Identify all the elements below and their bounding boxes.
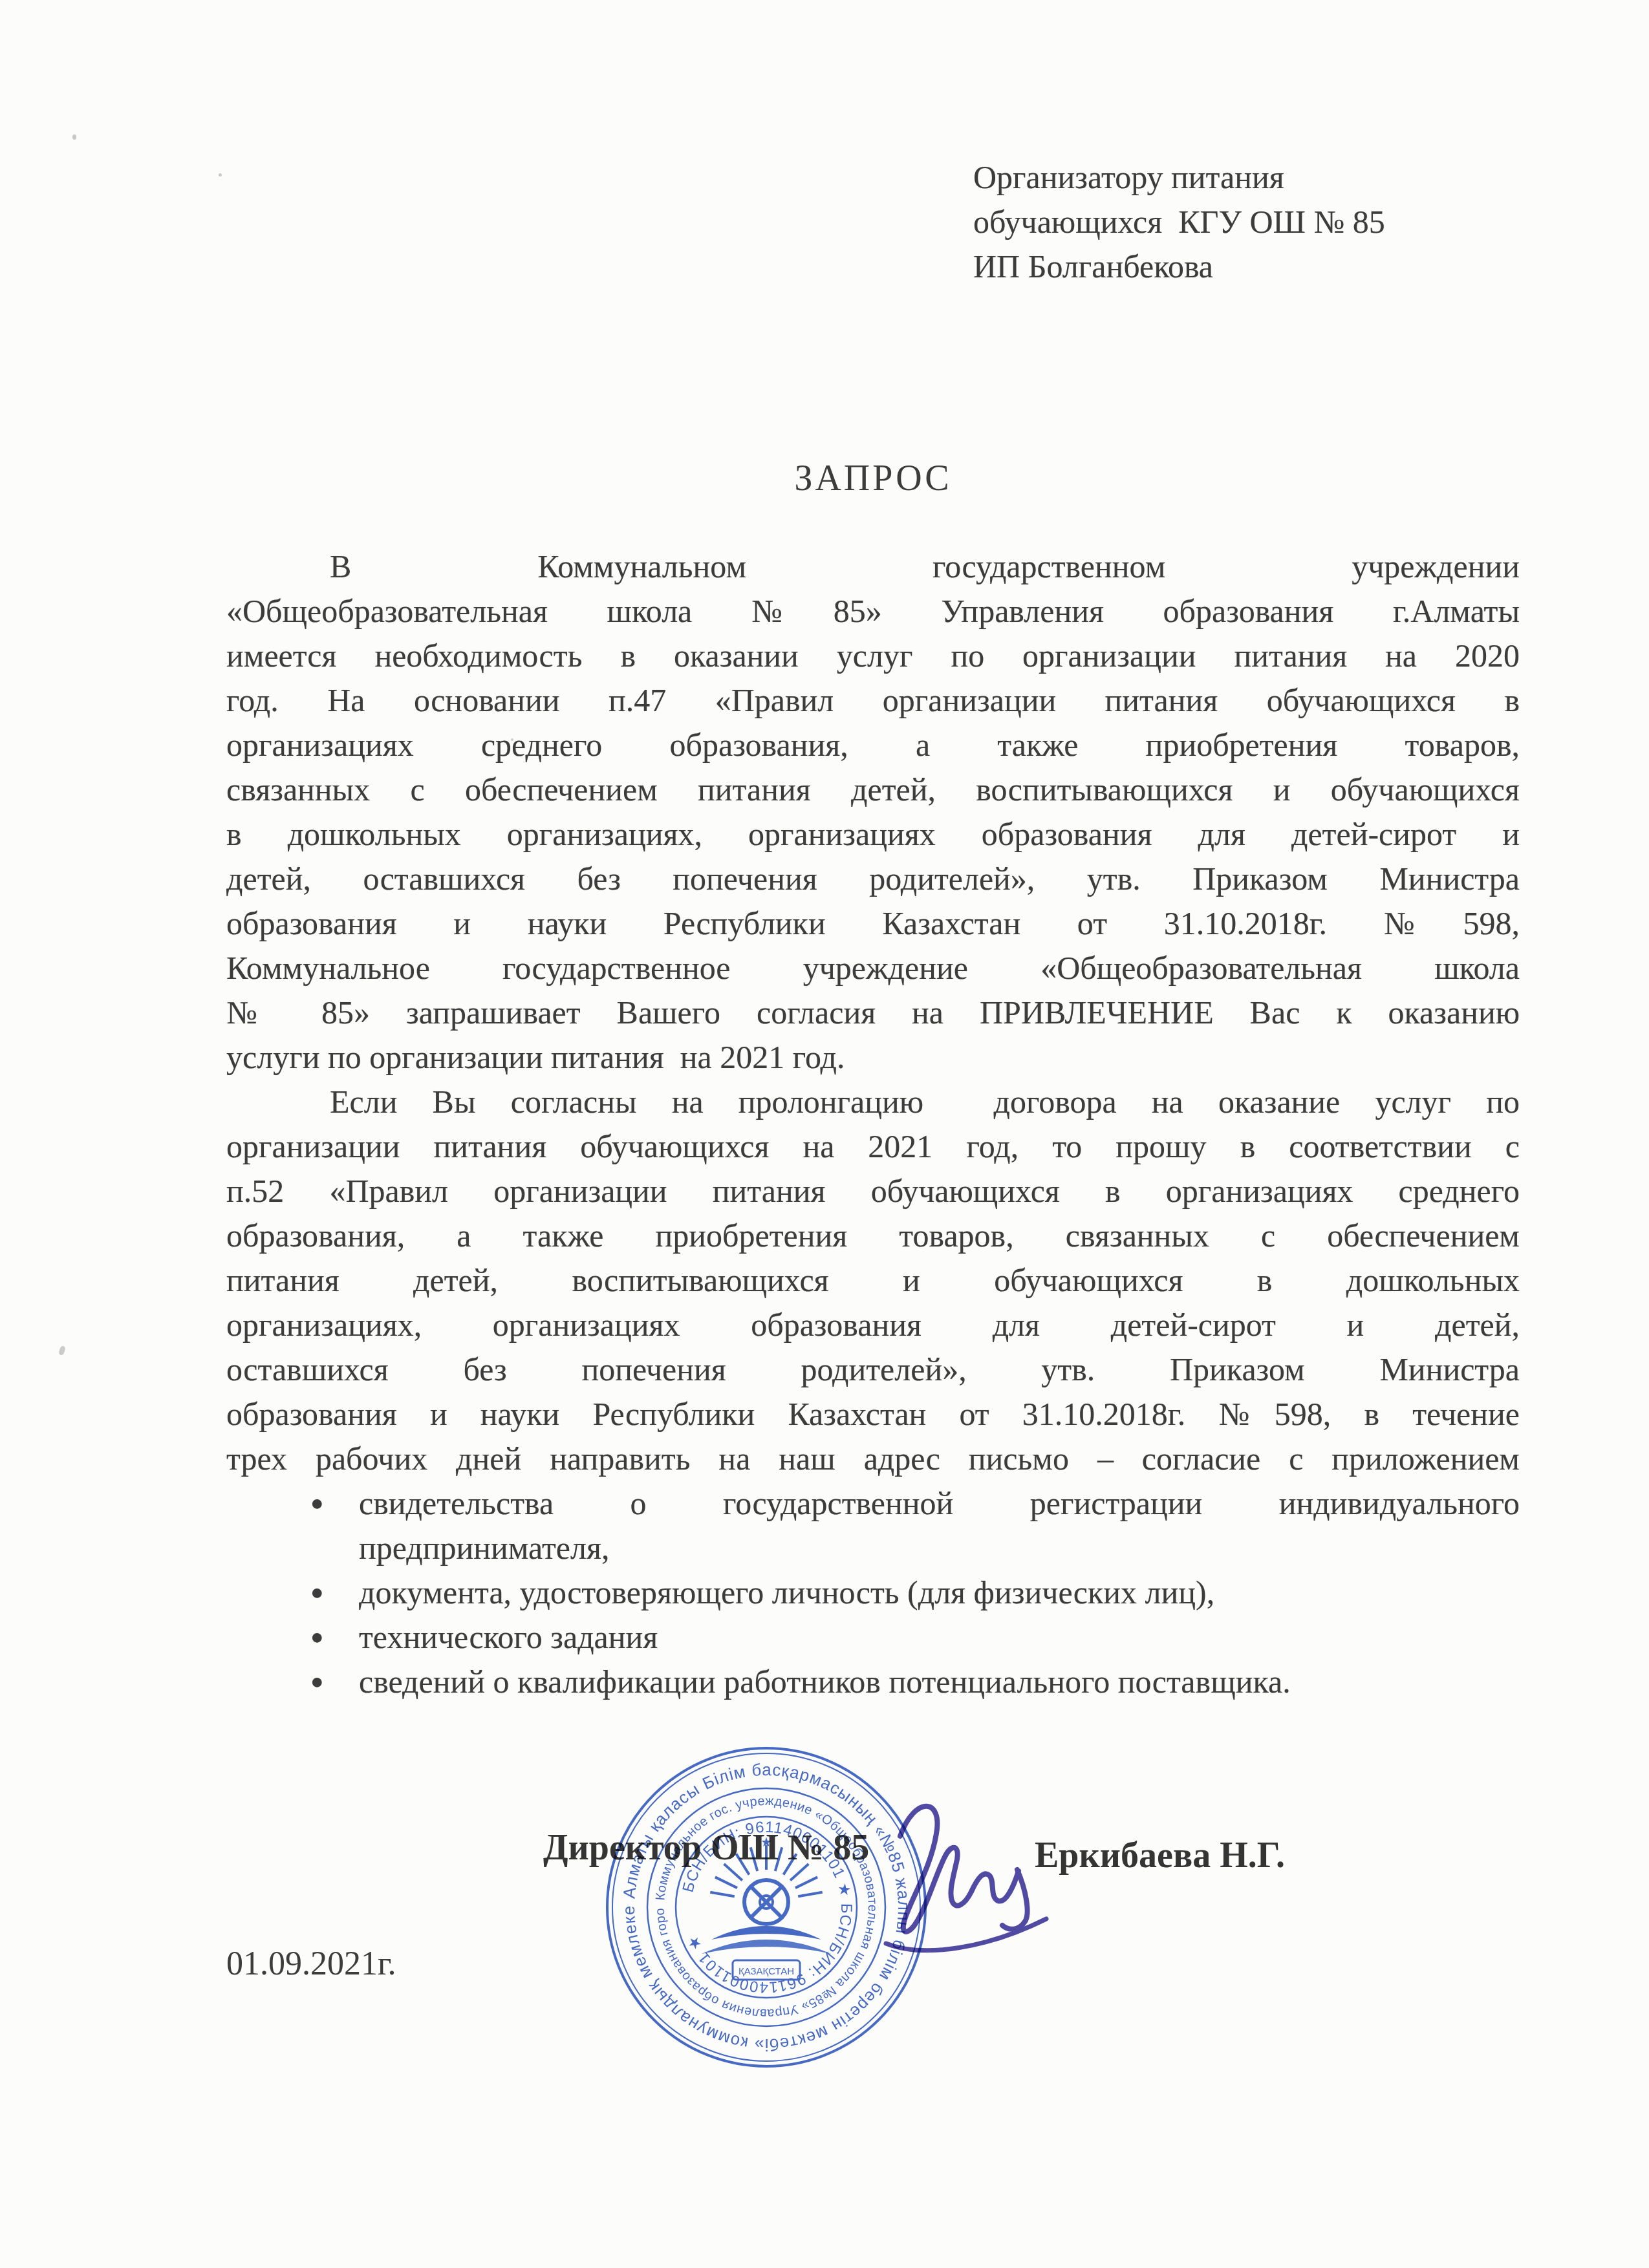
body-line: связанных с обеспечением питания детей, … (226, 767, 1520, 812)
body-text: В Коммунальном государственном учреждени… (226, 544, 1520, 1704)
body-line: трех рабочих дней направить на наш адрес… (226, 1437, 1520, 1481)
body-line: Если Вы согласны на пролонгацию договора… (226, 1080, 1520, 1124)
body-line: питания детей, воспитывающихся и обучающ… (226, 1258, 1520, 1303)
stamp-banner-text: ҚАЗАҚСТАН (738, 1966, 794, 1977)
list-item-text: документа, удостоверяющего личность (для… (359, 1574, 1214, 1610)
star-icon: ★ (760, 1835, 772, 1850)
kazakhstan-emblem-icon: ★ ҚАЗАҚСТАН (702, 1835, 831, 1980)
bullet-icon: ● (310, 1481, 324, 1526)
list-item-text: сведений о квалификации работников потен… (359, 1664, 1291, 1700)
recipient-line: ИП Болганбекова (973, 244, 1588, 289)
list-item: ● документа, удостоверяющего личность (д… (226, 1570, 1520, 1615)
scan-artifact (72, 134, 76, 140)
body-line: организациях среднего образования, а так… (226, 723, 1520, 767)
body-line: услуги по организации питания на 2021 го… (226, 1035, 1520, 1080)
handwritten-signature (847, 1771, 1080, 1972)
body-line: в дошкольных организациях, организациях … (226, 812, 1520, 857)
recipient-line: обучающихся КГУ ОШ № 85 (973, 200, 1588, 244)
body-line: образования и науки Республики Казахстан… (226, 901, 1520, 946)
body-line: Коммунальное государственное учреждение … (226, 946, 1520, 990)
document-date: 01.09.2021г. (226, 1945, 396, 1983)
bullet-icon: ● (310, 1660, 324, 1704)
body-line: год. На основании п.47 «Правил организац… (226, 678, 1520, 723)
recipient-block: Организатору питания обучающихся КГУ ОШ … (973, 155, 1588, 289)
paragraph-1: В Коммунальном государственном учреждени… (226, 544, 1520, 1080)
body-line: оставшихся без попечения родителей», утв… (226, 1347, 1520, 1392)
body-line: В Коммунальном государственном учреждени… (226, 544, 1520, 589)
list-item-text: технического задания (359, 1619, 658, 1655)
body-line: детей, оставшихся без попечения родителе… (226, 857, 1520, 901)
document-title: ЗАПРОС (226, 453, 1520, 504)
list-item: ● свидетельства о государственной регист… (226, 1481, 1520, 1526)
scan-artifact (58, 1345, 66, 1356)
paragraph-2: Если Вы согласны на пролонгацию договора… (226, 1080, 1520, 1481)
list-item-text: свидетельства о государственной регистра… (359, 1485, 1520, 1521)
bullet-icon: ● (310, 1570, 324, 1615)
list-item-continuation: предпринимателя, (226, 1526, 1520, 1570)
scanned-letter-page: Организатору питания обучающихся КГУ ОШ … (0, 0, 1649, 2268)
list-item: ● технического задания (226, 1615, 1520, 1660)
body-line: организации питания обучающихся на 2021 … (226, 1124, 1520, 1169)
list-item: ● сведений о квалификации работников пот… (226, 1660, 1520, 1704)
body-line: образования, а также приобретения товаро… (226, 1214, 1520, 1258)
body-line: п.52 «Правил организации питания обучающ… (226, 1169, 1520, 1214)
attachment-list: ● свидетельства о государственной регист… (226, 1481, 1520, 1704)
body-line: имеется необходимость в оказании услуг п… (226, 634, 1520, 678)
body-line: образования и науки Республики Казахстан… (226, 1392, 1520, 1437)
body-line: «Общеобразовательная школа №85» Управлен… (226, 589, 1520, 634)
list-item-text: предпринимателя, (359, 1530, 609, 1566)
recipient-line: Организатору питания (973, 155, 1588, 200)
bullet-icon: ● (310, 1615, 324, 1660)
body-line: организациях, организациях образования д… (226, 1303, 1520, 1347)
body-line: № 85» запрашивает Вашего согласия на ПРИ… (226, 990, 1520, 1035)
scan-artifact (219, 173, 222, 177)
